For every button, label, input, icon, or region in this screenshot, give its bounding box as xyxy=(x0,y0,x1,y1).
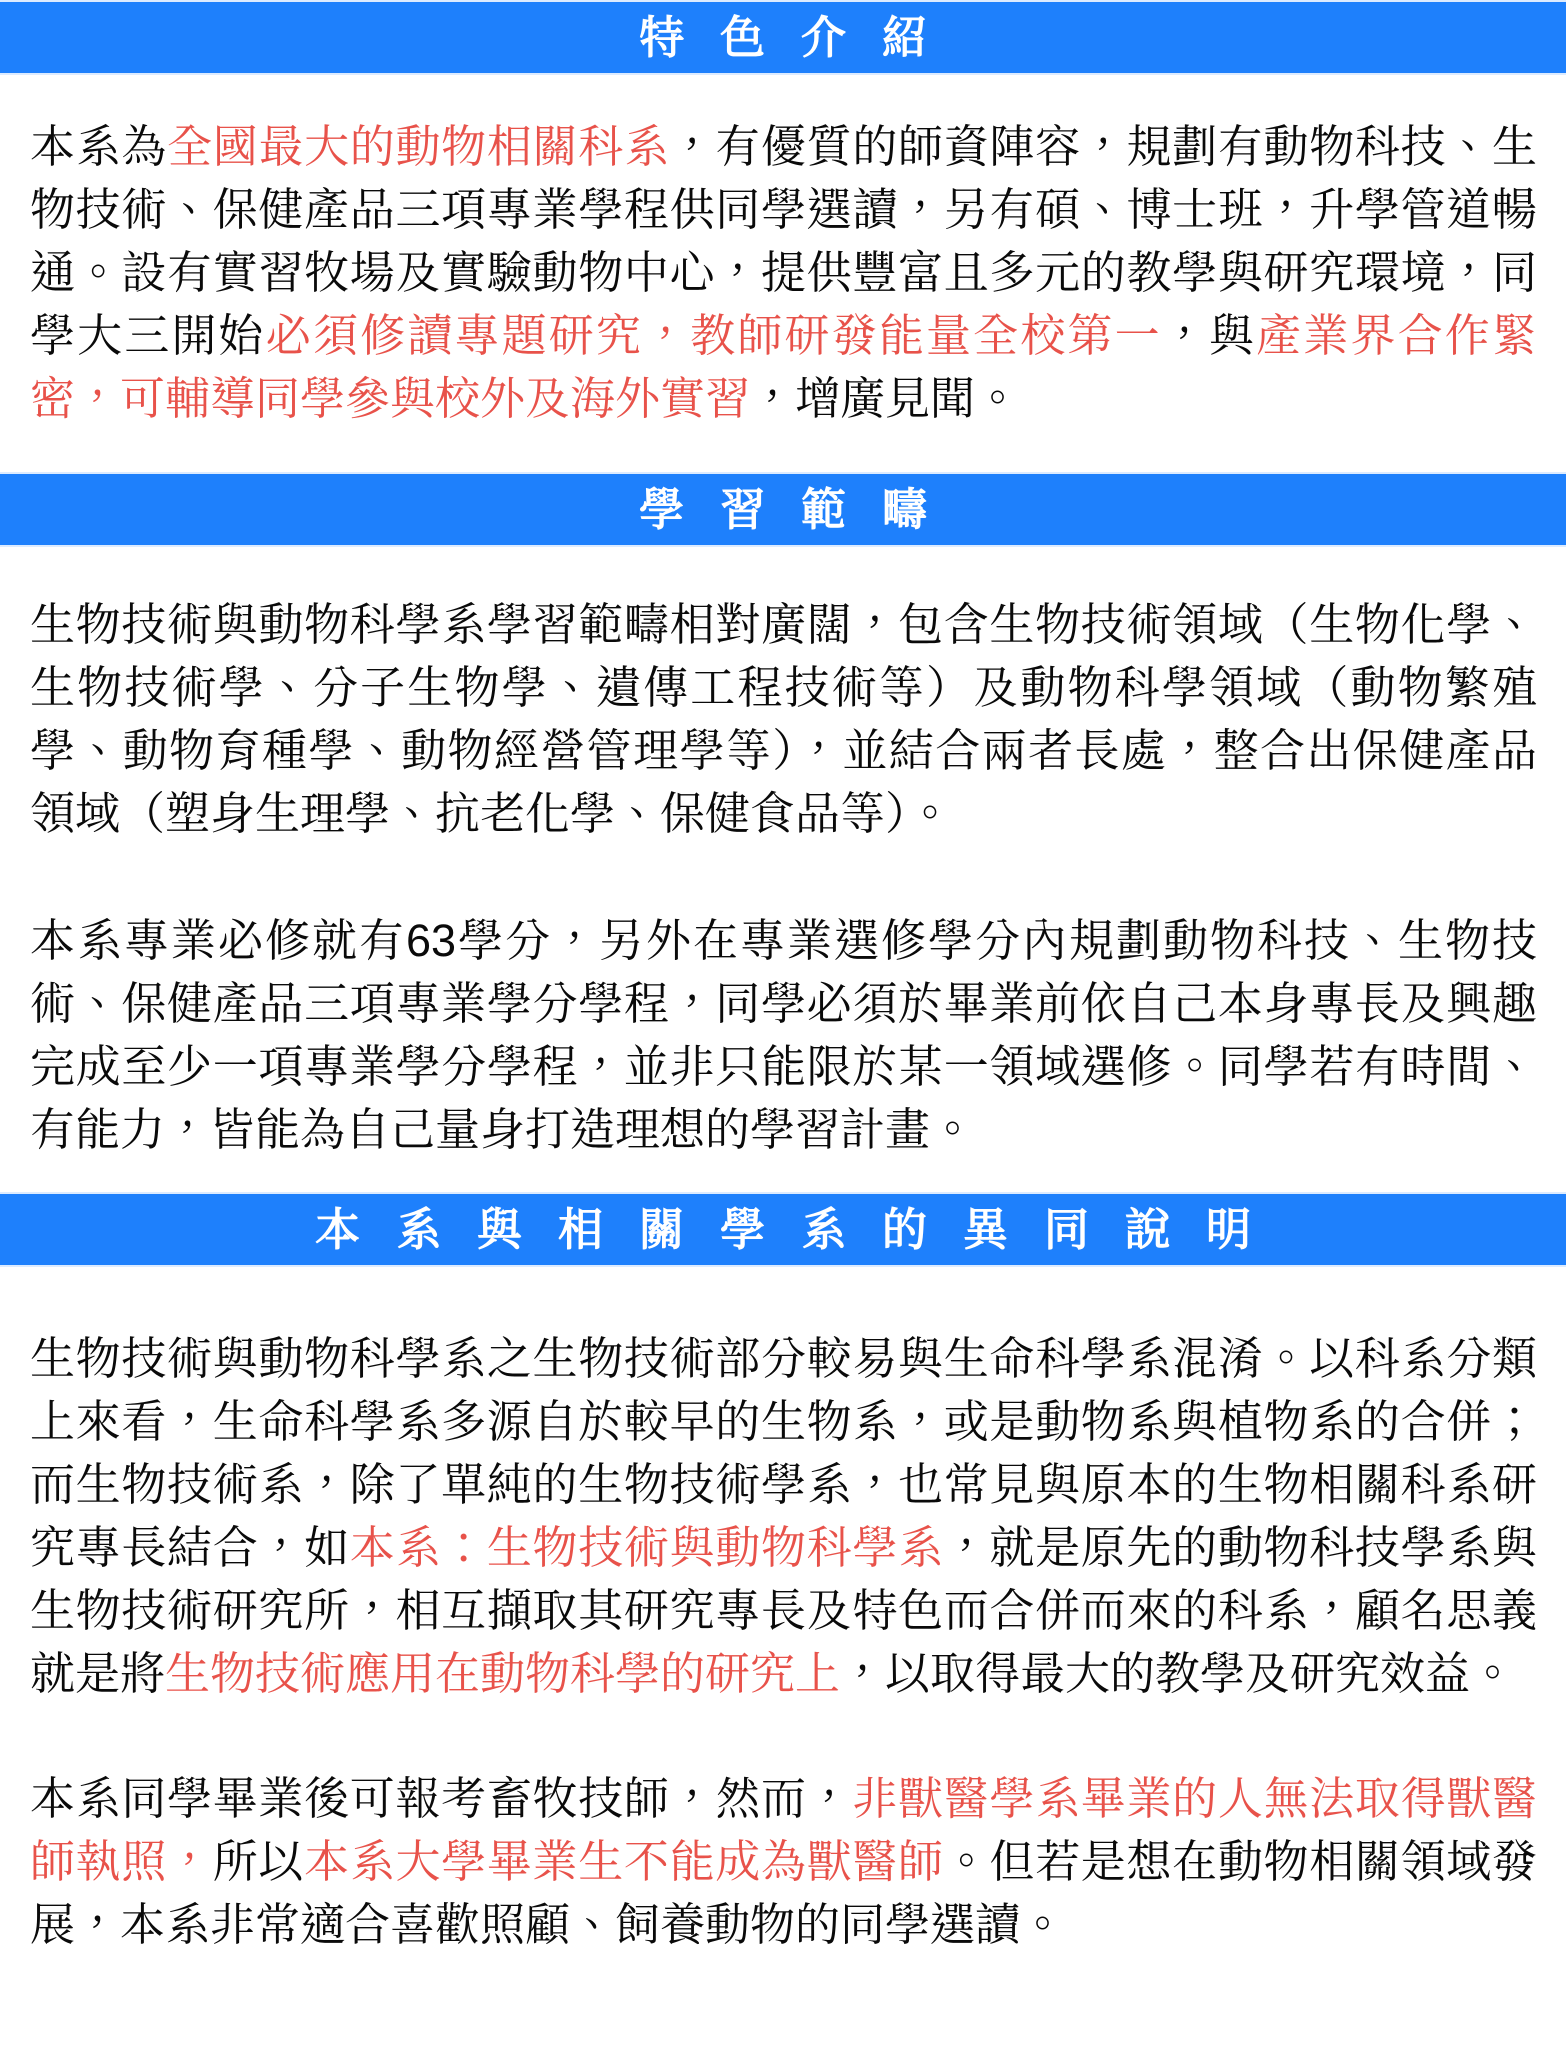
highlighted-text: 必須修讀專題研究，教師研發能量全校第一 xyxy=(266,310,1162,361)
section-title: 特色介紹 xyxy=(603,15,963,60)
paragraph: 生物技術與動物科學系之生物技術部分較易與生命科學系混淆。以科系分類上來看，生命科… xyxy=(30,1327,1537,1705)
highlighted-text: 生物技術應用在動物科學的研究上 xyxy=(165,1648,840,1699)
text-run: 所以 xyxy=(213,1836,304,1887)
section-header-bar: 本系與相關學系的異同說明 xyxy=(0,1192,1566,1267)
paragraph: 本系為全國最大的動物相關科系，有優質的師資陣容，規劃有動物科技、生物技術、保健產… xyxy=(30,115,1537,430)
text-run: 本系專業必修就有63學分，另外在專業選修學分內規劃動物科技、生物技術、保健產品三… xyxy=(30,915,1537,1155)
section-body: 生物技術與動物科學系之生物技術部分較易與生命科學系混淆。以科系分類上來看，生命科… xyxy=(0,1267,1566,1956)
section-body: 本系為全國最大的動物相關科系，有優質的師資陣容，規劃有動物科技、生物技術、保健產… xyxy=(0,75,1566,472)
section-comparison: 本系與相關學系的異同說明 生物技術與動物科學系之生物技術部分較易與生命科學系混淆… xyxy=(0,1192,1566,1956)
paragraph: 本系專業必修就有63學分，另外在專業選修學分內規劃動物科技、生物技術、保健產品三… xyxy=(30,909,1537,1161)
text-run: ，以取得最大的教學及研究效益。 xyxy=(840,1648,1515,1699)
highlighted-text: 全國最大的動物相關科系 xyxy=(167,121,670,172)
highlighted-text: 本系：生物技術與動物科學系 xyxy=(350,1522,944,1573)
section-title: 本系與相關學系的異同說明 xyxy=(279,1207,1287,1252)
section-scope: 學習範疇 生物技術與動物科學系學習範疇相對廣闊，包含生物技術領域（生物化學、生物… xyxy=(0,472,1566,1192)
section-title: 學習範疇 xyxy=(603,487,963,532)
paragraph: 生物技術與動物科學系學習範疇相對廣闊，包含生物技術領域（生物化學、生物技術學、分… xyxy=(30,593,1537,845)
text-run: ，與 xyxy=(1162,310,1256,361)
section-features: 特色介紹 本系為全國最大的動物相關科系，有優質的師資陣容，規劃有動物科技、生物技… xyxy=(0,0,1566,472)
text-run: 生物技術與動物科學系學習範疇相對廣闊，包含生物技術領域（生物化學、生物技術學、分… xyxy=(30,599,1537,839)
section-header-bar: 學習範疇 xyxy=(0,472,1566,547)
text-run: ，增廣見聞。 xyxy=(750,373,1020,424)
section-body: 生物技術與動物科學系學習範疇相對廣闊，包含生物技術領域（生物化學、生物技術學、分… xyxy=(0,547,1566,1192)
text-run: 本系為 xyxy=(30,121,167,172)
section-header-bar: 特色介紹 xyxy=(0,0,1566,75)
highlighted-text: 本系大學畢業生不能成為獸醫師 xyxy=(304,1836,944,1887)
page: { "page": { "background": "#ffffff", "ac… xyxy=(0,0,1566,2048)
paragraph: 本系同學畢業後可報考畜牧技師，然而，非獸醫學系畢業的人無法取得獸醫師執照，所以本… xyxy=(30,1767,1537,1956)
text-run: 本系同學畢業後可報考畜牧技師，然而， xyxy=(30,1773,852,1824)
